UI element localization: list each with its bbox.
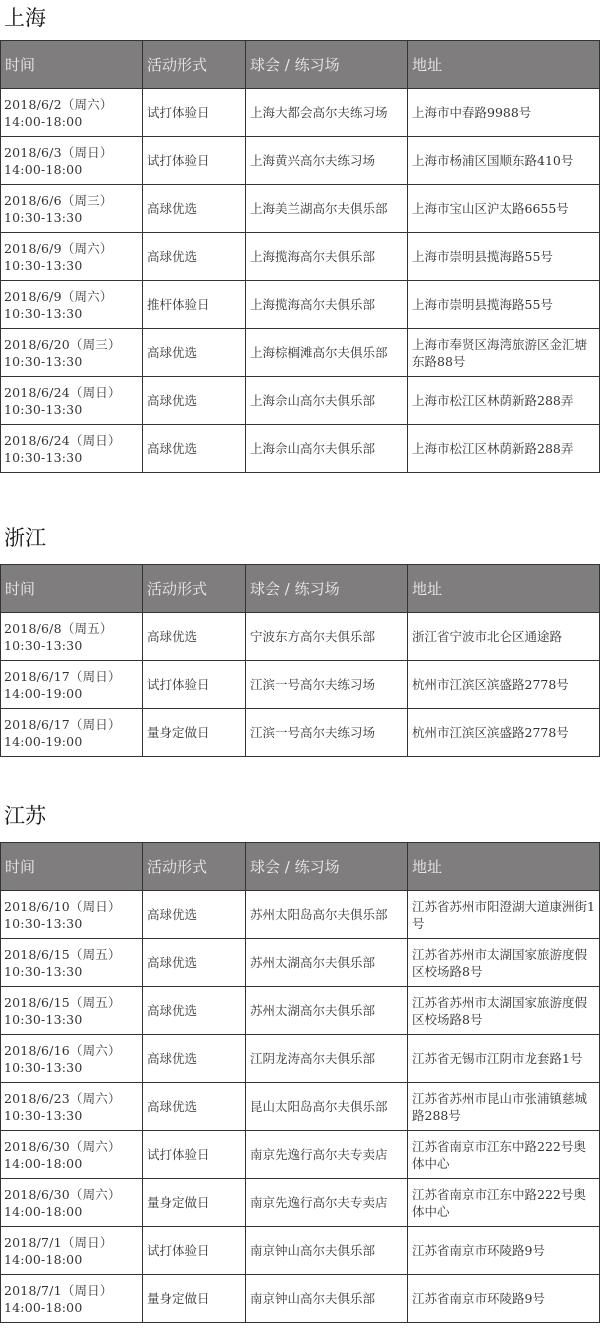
time-cell: 2018/6/15（周五） 10:30-13:30 <box>1 939 143 987</box>
address-cell: 江苏省南京市江东中路222号奥体中心 <box>408 1131 600 1179</box>
event-type-cell: 试打体验日 <box>143 137 246 185</box>
event-hours: 10:30-13:30 <box>4 915 140 932</box>
table-row: 2018/6/17（周日） 14:00-19:00 量身定做日 江滨一号高尔夫练… <box>1 709 600 757</box>
event-type-cell: 高球优选 <box>143 1083 246 1131</box>
time-cell: 2018/6/24（周日） 10:30-13:30 <box>1 425 143 473</box>
column-header-type: 活动形式 <box>143 41 246 89</box>
event-type-cell: 高球优选 <box>143 891 246 939</box>
table-header-row: 时间 活动形式 球会 / 练习场 地址 <box>1 843 600 891</box>
event-date: 2018/6/17（周日） <box>4 716 140 733</box>
time-cell: 2018/6/6（周三） 10:30-13:30 <box>1 185 143 233</box>
time-cell: 2018/6/17（周日） 14:00-19:00 <box>1 661 143 709</box>
address-cell: 上海市中春路9988号 <box>408 89 600 137</box>
time-cell: 2018/6/3（周日） 14:00-18:00 <box>1 137 143 185</box>
schedule-table: 时间 活动形式 球会 / 练习场 地址 2018/6/2（周六） 14:00-1… <box>0 40 600 473</box>
time-cell: 2018/6/17（周日） 14:00-19:00 <box>1 709 143 757</box>
time-cell: 2018/6/16（周六） 10:30-13:30 <box>1 1035 143 1083</box>
table-row: 2018/6/10（周日） 10:30-13:30 高球优选 苏州太阳岛高尔夫俱… <box>1 891 600 939</box>
address-cell: 江苏省苏州市太湖国家旅游度假区校场路8号 <box>408 987 600 1035</box>
time-cell: 2018/6/10（周日） 10:30-13:30 <box>1 891 143 939</box>
table-row: 2018/6/3（周日） 14:00-18:00 试打体验日 上海黄兴高尔夫练习… <box>1 137 600 185</box>
event-hours: 14:00-18:00 <box>4 1299 140 1316</box>
venue-cell: 宁波东方高尔夫俱乐部 <box>246 613 408 661</box>
event-type-cell: 高球优选 <box>143 185 246 233</box>
event-date: 2018/6/24（周日） <box>4 432 140 449</box>
event-type-cell: 高球优选 <box>143 1035 246 1083</box>
event-hours: 10:30-13:30 <box>4 1107 140 1124</box>
event-date: 2018/6/20（周三） <box>4 336 140 353</box>
event-type-cell: 试打体验日 <box>143 661 246 709</box>
venue-cell: 苏州太湖高尔夫俱乐部 <box>246 939 408 987</box>
time-cell: 2018/6/30（周六） 14:00-18:00 <box>1 1179 143 1227</box>
region-title: 上海 <box>4 6 46 30</box>
column-header-venue: 球会 / 练习场 <box>246 41 408 89</box>
address-cell: 浙江省宁波市北仑区通途路 <box>408 613 600 661</box>
event-hours: 10:30-13:30 <box>4 449 140 466</box>
address-cell: 江苏省苏州市阳澄湖大道康洲街1号 <box>408 891 600 939</box>
event-type-cell: 高球优选 <box>143 233 246 281</box>
column-header-address: 地址 <box>408 41 600 89</box>
table-row: 2018/6/24（周日） 10:30-13:30 高球优选 上海佘山高尔夫俱乐… <box>1 377 600 425</box>
venue-cell: 上海佘山高尔夫俱乐部 <box>246 425 408 473</box>
column-header-address: 地址 <box>408 843 600 891</box>
event-date: 2018/6/17（周日） <box>4 668 140 685</box>
event-date: 2018/6/6（周三） <box>4 192 140 209</box>
event-type-cell: 试打体验日 <box>143 89 246 137</box>
event-type-cell: 高球优选 <box>143 987 246 1035</box>
event-type-cell: 量身定做日 <box>143 709 246 757</box>
column-header-venue: 球会 / 练习场 <box>246 565 408 613</box>
venue-cell: 江阴龙涛高尔夫俱乐部 <box>246 1035 408 1083</box>
venue-cell: 江滨一号高尔夫练习场 <box>246 661 408 709</box>
event-hours: 14:00-18:00 <box>4 113 140 130</box>
column-header-time: 时间 <box>1 843 143 891</box>
time-cell: 2018/6/20（周三） 10:30-13:30 <box>1 329 143 377</box>
table-row: 2018/6/30（周六） 14:00-18:00 试打体验日 南京先逸行高尔夫… <box>1 1131 600 1179</box>
address-cell: 上海市奉贤区海湾旅游区金汇塘东路88号 <box>408 329 600 377</box>
event-type-cell: 试打体验日 <box>143 1131 246 1179</box>
event-hours: 14:00-18:00 <box>4 1251 140 1268</box>
event-date: 2018/6/15（周五） <box>4 994 140 1011</box>
event-hours: 14:00-18:00 <box>4 161 140 178</box>
event-type-cell: 量身定做日 <box>143 1275 246 1323</box>
event-date: 2018/6/3（周日） <box>4 144 140 161</box>
address-cell: 上海市松江区林荫新路288弄 <box>408 425 600 473</box>
table-row: 2018/6/15（周五） 10:30-13:30 高球优选 苏州太湖高尔夫俱乐… <box>1 939 600 987</box>
time-cell: 2018/7/1（周日） 14:00-18:00 <box>1 1227 143 1275</box>
column-header-venue: 球会 / 练习场 <box>246 843 408 891</box>
schedule-table: 时间 活动形式 球会 / 练习场 地址 2018/6/8（周五） 10:30-1… <box>0 564 600 757</box>
time-cell: 2018/6/30（周六） 14:00-18:00 <box>1 1131 143 1179</box>
address-cell: 江苏省无锡市江阴市龙套路1号 <box>408 1035 600 1083</box>
event-date: 2018/6/16（周六） <box>4 1042 140 1059</box>
address-cell: 上海市松江区林荫新路288弄 <box>408 377 600 425</box>
table-row: 2018/6/20（周三） 10:30-13:30 高球优选 上海棕榈滩高尔夫俱… <box>1 329 600 377</box>
venue-cell: 苏州太湖高尔夫俱乐部 <box>246 987 408 1035</box>
table-body: 2018/6/8（周五） 10:30-13:30 高球优选 宁波东方高尔夫俱乐部… <box>1 613 600 757</box>
event-date: 2018/7/1（周日） <box>4 1282 140 1299</box>
address-cell: 江苏省南京市江东中路222号奥体中心 <box>408 1179 600 1227</box>
event-date: 2018/6/15（周五） <box>4 946 140 963</box>
event-hours: 14:00-18:00 <box>4 1155 140 1172</box>
table-row: 2018/6/24（周日） 10:30-13:30 高球优选 上海佘山高尔夫俱乐… <box>1 425 600 473</box>
event-type-cell: 高球优选 <box>143 425 246 473</box>
table-header-row: 时间 活动形式 球会 / 练习场 地址 <box>1 41 600 89</box>
event-hours: 10:30-13:30 <box>4 257 140 274</box>
event-type-cell: 高球优选 <box>143 377 246 425</box>
venue-cell: 南京钟山高尔夫俱乐部 <box>246 1227 408 1275</box>
event-date: 2018/6/24（周日） <box>4 384 140 401</box>
event-hours: 10:30-13:30 <box>4 1059 140 1076</box>
table-row: 2018/6/9（周六） 10:30-13:30 推杆体验日 上海揽海高尔夫俱乐… <box>1 281 600 329</box>
venue-cell: 南京先逸行高尔夫专卖店 <box>246 1179 408 1227</box>
venue-cell: 上海揽海高尔夫俱乐部 <box>246 281 408 329</box>
table-row: 2018/6/30（周六） 14:00-18:00 量身定做日 南京先逸行高尔夫… <box>1 1179 600 1227</box>
table-row: 2018/7/1（周日） 14:00-18:00 试打体验日 南京钟山高尔夫俱乐… <box>1 1227 600 1275</box>
address-cell: 杭州市江滨区滨盛路2778号 <box>408 709 600 757</box>
venue-cell: 上海揽海高尔夫俱乐部 <box>246 233 408 281</box>
event-date: 2018/6/9（周六） <box>4 288 140 305</box>
venue-cell: 南京钟山高尔夫俱乐部 <box>246 1275 408 1323</box>
time-cell: 2018/6/24（周日） 10:30-13:30 <box>1 377 143 425</box>
time-cell: 2018/7/1（周日） 14:00-18:00 <box>1 1275 143 1323</box>
time-cell: 2018/6/9（周六） 10:30-13:30 <box>1 281 143 329</box>
table-row: 2018/6/15（周五） 10:30-13:30 高球优选 苏州太湖高尔夫俱乐… <box>1 987 600 1035</box>
event-hours: 10:30-13:30 <box>4 305 140 322</box>
table-row: 2018/7/1（周日） 14:00-18:00 量身定做日 南京钟山高尔夫俱乐… <box>1 1275 600 1323</box>
venue-cell: 上海美兰湖高尔夫俱乐部 <box>246 185 408 233</box>
event-hours: 10:30-13:30 <box>4 353 140 370</box>
venue-cell: 上海大都会高尔夫练习场 <box>246 89 408 137</box>
event-date: 2018/6/8（周五） <box>4 620 140 637</box>
event-date: 2018/6/10（周日） <box>4 898 140 915</box>
venue-cell: 上海佘山高尔夫俱乐部 <box>246 377 408 425</box>
event-hours: 10:30-13:30 <box>4 209 140 226</box>
time-cell: 2018/6/23（周六） 10:30-13:30 <box>1 1083 143 1131</box>
time-cell: 2018/6/9（周六） 10:30-13:30 <box>1 233 143 281</box>
event-hours: 14:00-18:00 <box>4 1203 140 1220</box>
venue-cell: 南京先逸行高尔夫专卖店 <box>246 1131 408 1179</box>
event-type-cell: 高球优选 <box>143 613 246 661</box>
event-hours: 14:00-19:00 <box>4 685 140 702</box>
table-body: 2018/6/10（周日） 10:30-13:30 高球优选 苏州太阳岛高尔夫俱… <box>1 891 600 1323</box>
event-date: 2018/6/30（周六） <box>4 1138 140 1155</box>
table-row: 2018/6/2（周六） 14:00-18:00 试打体验日 上海大都会高尔夫练… <box>1 89 600 137</box>
time-cell: 2018/6/8（周五） 10:30-13:30 <box>1 613 143 661</box>
table-row: 2018/6/17（周日） 14:00-19:00 试打体验日 江滨一号高尔夫练… <box>1 661 600 709</box>
event-hours: 14:00-19:00 <box>4 733 140 750</box>
event-type-cell: 试打体验日 <box>143 1227 246 1275</box>
schedule-table: 时间 活动形式 球会 / 练习场 地址 2018/6/10（周日） 10:30-… <box>0 842 600 1323</box>
address-cell: 江苏省苏州市昆山市张浦镇慈城路288号 <box>408 1083 600 1131</box>
address-cell: 上海市杨浦区国顺东路410号 <box>408 137 600 185</box>
column-header-type: 活动形式 <box>143 565 246 613</box>
table-row: 2018/6/9（周六） 10:30-13:30 高球优选 上海揽海高尔夫俱乐部… <box>1 233 600 281</box>
event-type-cell: 高球优选 <box>143 329 246 377</box>
region-title: 江苏 <box>4 804 46 828</box>
venue-cell: 上海棕榈滩高尔夫俱乐部 <box>246 329 408 377</box>
event-date: 2018/6/23（周六） <box>4 1090 140 1107</box>
address-cell: 杭州市江滨区滨盛路2778号 <box>408 661 600 709</box>
event-hours: 10:30-13:30 <box>4 637 140 654</box>
venue-cell: 江滨一号高尔夫练习场 <box>246 709 408 757</box>
column-header-time: 时间 <box>1 41 143 89</box>
table-header-row: 时间 活动形式 球会 / 练习场 地址 <box>1 565 600 613</box>
venue-cell: 苏州太阳岛高尔夫俱乐部 <box>246 891 408 939</box>
table-body: 2018/6/2（周六） 14:00-18:00 试打体验日 上海大都会高尔夫练… <box>1 89 600 473</box>
event-type-cell: 高球优选 <box>143 939 246 987</box>
address-cell: 江苏省苏州市太湖国家旅游度假区校场路8号 <box>408 939 600 987</box>
time-cell: 2018/6/15（周五） 10:30-13:30 <box>1 987 143 1035</box>
event-date: 2018/6/2（周六） <box>4 96 140 113</box>
event-date: 2018/7/1（周日） <box>4 1234 140 1251</box>
event-type-cell: 量身定做日 <box>143 1179 246 1227</box>
address-cell: 江苏省南京市环陵路9号 <box>408 1275 600 1323</box>
event-date: 2018/6/30（周六） <box>4 1186 140 1203</box>
event-type-cell: 推杆体验日 <box>143 281 246 329</box>
venue-cell: 昆山太阳岛高尔夫俱乐部 <box>246 1083 408 1131</box>
venue-cell: 上海黄兴高尔夫练习场 <box>246 137 408 185</box>
event-hours: 10:30-13:30 <box>4 963 140 980</box>
address-cell: 上海市崇明县揽海路55号 <box>408 281 600 329</box>
event-date: 2018/6/9（周六） <box>4 240 140 257</box>
address-cell: 江苏省南京市环陵路9号 <box>408 1227 600 1275</box>
address-cell: 上海市崇明县揽海路55号 <box>408 233 600 281</box>
address-cell: 上海市宝山区沪太路6655号 <box>408 185 600 233</box>
time-cell: 2018/6/2（周六） 14:00-18:00 <box>1 89 143 137</box>
region-title: 浙江 <box>4 526 46 550</box>
table-row: 2018/6/8（周五） 10:30-13:30 高球优选 宁波东方高尔夫俱乐部… <box>1 613 600 661</box>
column-header-type: 活动形式 <box>143 843 246 891</box>
table-row: 2018/6/16（周六） 10:30-13:30 高球优选 江阴龙涛高尔夫俱乐… <box>1 1035 600 1083</box>
column-header-address: 地址 <box>408 565 600 613</box>
event-hours: 10:30-13:30 <box>4 1011 140 1028</box>
column-header-time: 时间 <box>1 565 143 613</box>
table-row: 2018/6/23（周六） 10:30-13:30 高球优选 昆山太阳岛高尔夫俱… <box>1 1083 600 1131</box>
event-hours: 10:30-13:30 <box>4 401 140 418</box>
table-row: 2018/6/6（周三） 10:30-13:30 高球优选 上海美兰湖高尔夫俱乐… <box>1 185 600 233</box>
